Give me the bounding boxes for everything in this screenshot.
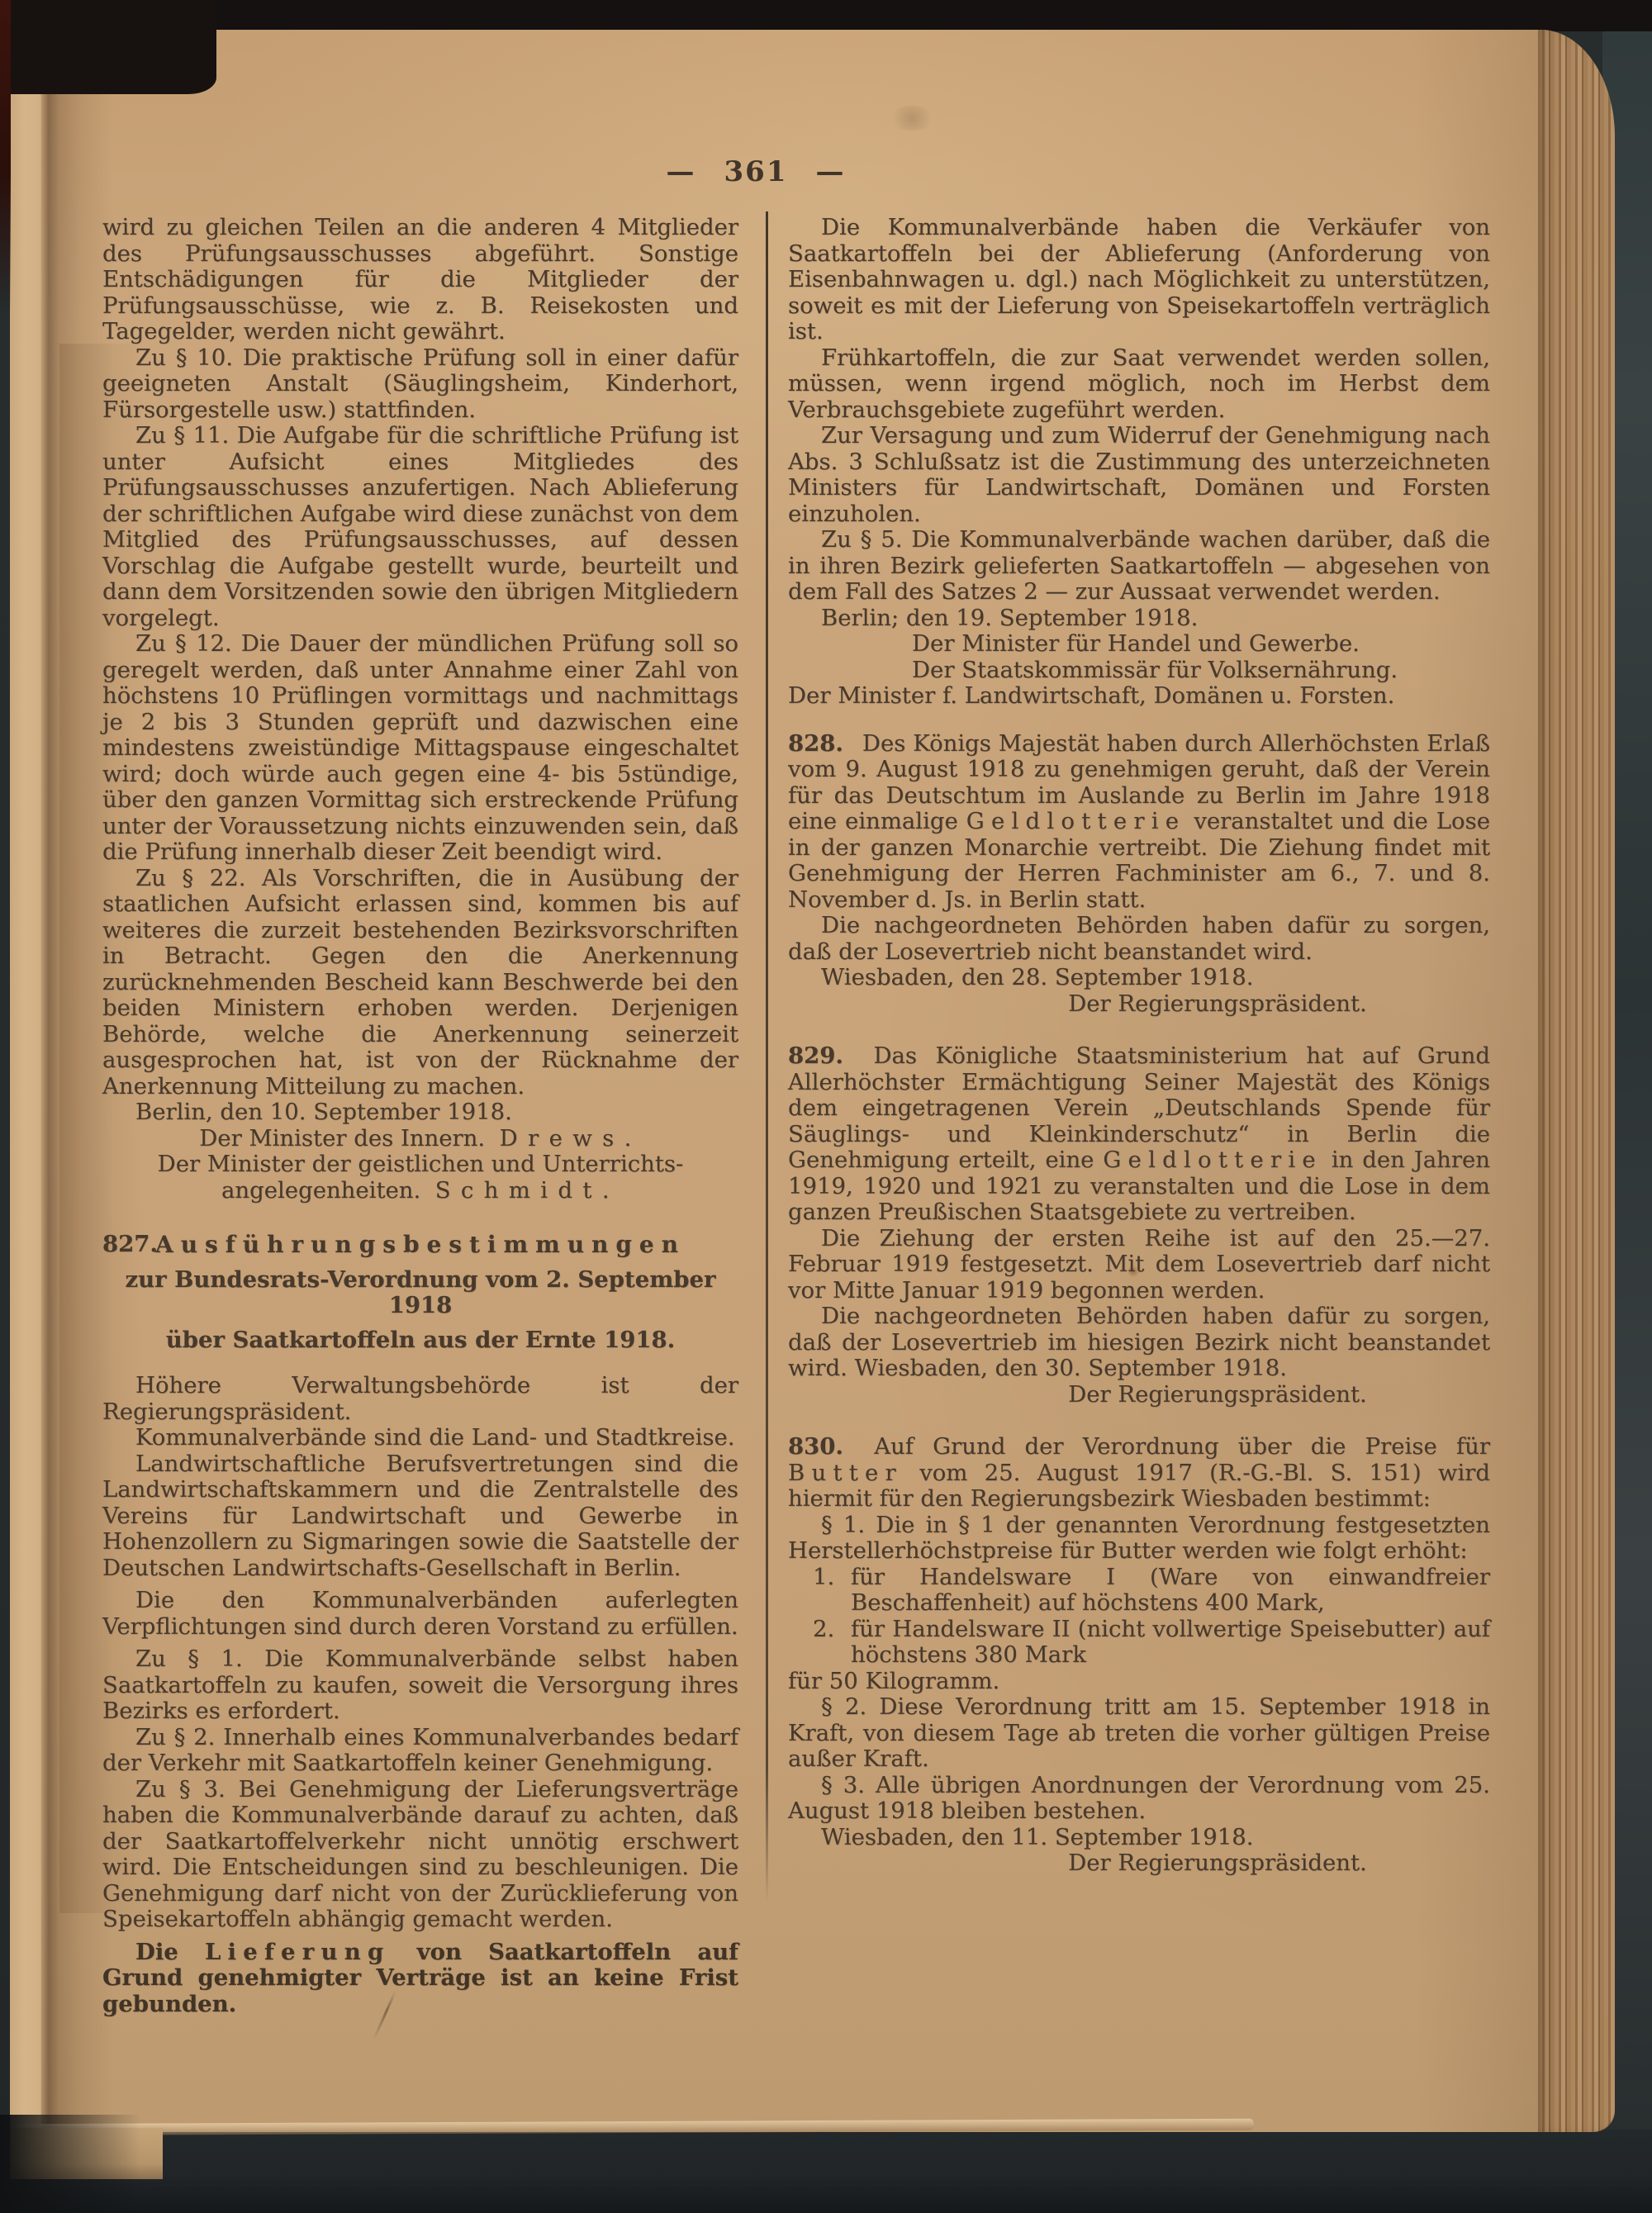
article-subtitle: über Saatkartoffeln aus der Ernte 1918.: [102, 1327, 738, 1354]
signature-line: Der Regierungspräsident.: [788, 1382, 1490, 1408]
paragraph: Höhere Verwaltungsbehörde ist der Regier…: [102, 1373, 738, 1425]
article-829: 829. Das Königliche Staatsministerium ha…: [788, 1043, 1490, 1226]
left-column: wird zu gleichen Teilen an die anderen 4…: [102, 215, 738, 2017]
book-spine-strip: [0, 0, 11, 314]
article-830: 830. Auf Grund der Verordnung über die P…: [788, 1434, 1490, 1513]
article-828: 828. Des Königs Majestät haben durch All…: [788, 731, 1490, 914]
paragraph: Zu § 12. Die Dauer der mündlichen Prüfun…: [102, 631, 738, 866]
paragraph: Zu § 10. Die praktische Prüfung soll in …: [102, 345, 738, 424]
dateline: Wiesbaden, den 11. September 1918.: [788, 1825, 1490, 1851]
list-suffix: für 50 Kilogramm.: [788, 1669, 1490, 1695]
list-item-text: für Handelsware I (Ware von einwandfreie…: [851, 1564, 1490, 1617]
paragraph: Kommunalverbände sind die Land- und Stad…: [102, 1425, 738, 1451]
signature-line: Der Minister f. Landwirtschaft, Domänen …: [788, 683, 1490, 710]
scan-shadow-bottom-left: [0, 2115, 165, 2213]
paragraph: Die nachgeordneten Behörden haben dafür …: [788, 913, 1490, 965]
list-item-text: für Handelsware II (nicht vollwertige Sp…: [851, 1616, 1490, 1669]
paragraph: Frühkartoffeln, die zur Saat verwendet w…: [788, 345, 1490, 424]
paragraph: Zu § 1. Die Kommunalverbände selbst habe…: [102, 1646, 738, 1725]
article-text: Auf Grund der Verordnung über die Preise…: [855, 1433, 1490, 1460]
signature-line: Der Minister der geistlichen und Unterri…: [102, 1152, 738, 1178]
page-stack-edge: [1538, 30, 1615, 2132]
signature-line: Der Regierungspräsident.: [788, 991, 1490, 1018]
article-number: 827.: [102, 1232, 158, 1258]
article-827-heading: 827. Ausführungsbestimmungen: [102, 1232, 738, 1259]
article-title: Ausführungsbestimmungen: [155, 1231, 686, 1258]
right-column: Die Kommunalverbände haben die Verkäufer…: [788, 215, 1490, 1877]
signature-name: Schmidt.: [435, 1177, 619, 1204]
page-number-dash-left: —: [667, 155, 696, 188]
emphasized-word: Geldlotterie: [966, 808, 1186, 834]
paragraph: § 2. Diese Verordnung tritt am 15. Septe…: [788, 1694, 1490, 1773]
signature-office: Der Minister des Innern.: [199, 1125, 485, 1152]
paragraph: Die Ziehung der ersten Reihe ist auf den…: [788, 1226, 1490, 1304]
emphasized-word: Geldlotterie: [1103, 1147, 1322, 1173]
paragraph: § 1. Die in § 1 der genannten Verordnung…: [788, 1513, 1490, 1565]
emphasized-word: Lieferung: [205, 1939, 391, 1965]
signature-line: Der Regierungspräsident.: [788, 1850, 1490, 1877]
signature-line: Der Minister des Innern. Drews.: [102, 1126, 738, 1152]
paragraph: Die nachgeordneten Behörden haben dafür …: [788, 1304, 1490, 1382]
signature-line: Der Minister für Handel und Gewerbe.: [788, 631, 1490, 658]
page-number-value: 361: [724, 155, 788, 188]
closing-text: Die: [135, 1939, 205, 1965]
paragraph: § 3. Alle übrigen Anordnungen der Verord…: [788, 1773, 1490, 1825]
column-divider-rule: [766, 211, 768, 1903]
paragraph: Zu § 3. Bei Genehmigung der Lieferungsve…: [102, 1777, 738, 1933]
dateline: Berlin; den 19. September 1918.: [788, 605, 1490, 632]
paragraph: Zu § 2. Innerhalb eines Kommunalverbande…: [102, 1725, 738, 1777]
paragraph: Die Kommunalverbände haben die Verkäufer…: [788, 215, 1490, 345]
adjacent-page-edge: [10, 94, 41, 2132]
signature-office: angelegenheiten.: [221, 1177, 420, 1204]
signature-line: Der Staatskommissär für Volksernährung.: [788, 658, 1490, 684]
list-item: 1.für Handelsware I (Ware von einwandfre…: [788, 1565, 1490, 1617]
article-number: 829.: [788, 1042, 855, 1069]
article-subtitle: zur Bundesrats-Verordnung vom 2. Septemb…: [102, 1267, 738, 1319]
scan-background-bottom: [0, 2130, 1652, 2213]
scan-background-top: [0, 0, 1652, 31]
paragraph: Zur Versagung und zum Widerruf der Geneh…: [788, 423, 1490, 527]
paper-stain: [887, 106, 937, 131]
article-number: 830.: [788, 1433, 855, 1460]
page-number: —361—: [615, 155, 896, 188]
list-item: 2.für Handelsware II (nicht vollwertige …: [788, 1617, 1490, 1669]
paragraph: Zu § 5. Die Kommunalverbände wachen darü…: [788, 527, 1490, 605]
paragraph: Die den Kommunalverbänden auferlegten Ve…: [102, 1588, 738, 1640]
paragraph: Zu § 11. Die Aufgabe für die schriftlich…: [102, 423, 738, 631]
closing-paragraph: Die Lieferung von Saatkartoffeln auf Gru…: [102, 1940, 738, 2018]
signature-line: angelegenheiten. Schmidt.: [102, 1178, 738, 1204]
list-item-number: 1.: [813, 1565, 834, 1591]
paragraph: Landwirtschaftliche Berufsvertretungen s…: [102, 1451, 738, 1582]
article-number: 828.: [788, 730, 855, 757]
signature-name: Drews.: [500, 1125, 642, 1152]
paragraph: wird zu gleichen Teilen an die anderen 4…: [102, 215, 738, 345]
scanned-book-page: —361— wird zu gleichen Teilen an die and…: [0, 0, 1652, 2213]
dateline: Wiesbaden, den 28. September 1918.: [788, 965, 1490, 991]
list-item-number: 2.: [813, 1617, 834, 1643]
dateline: Berlin, den 10. September 1918.: [102, 1099, 738, 1126]
scan-background-top-left: [0, 0, 216, 94]
emphasized-word: Butter: [788, 1460, 903, 1486]
page-number-dash-right: —: [815, 155, 845, 188]
paragraph: Zu § 22. Als Vorschriften, die in Ausübu…: [102, 866, 738, 1100]
